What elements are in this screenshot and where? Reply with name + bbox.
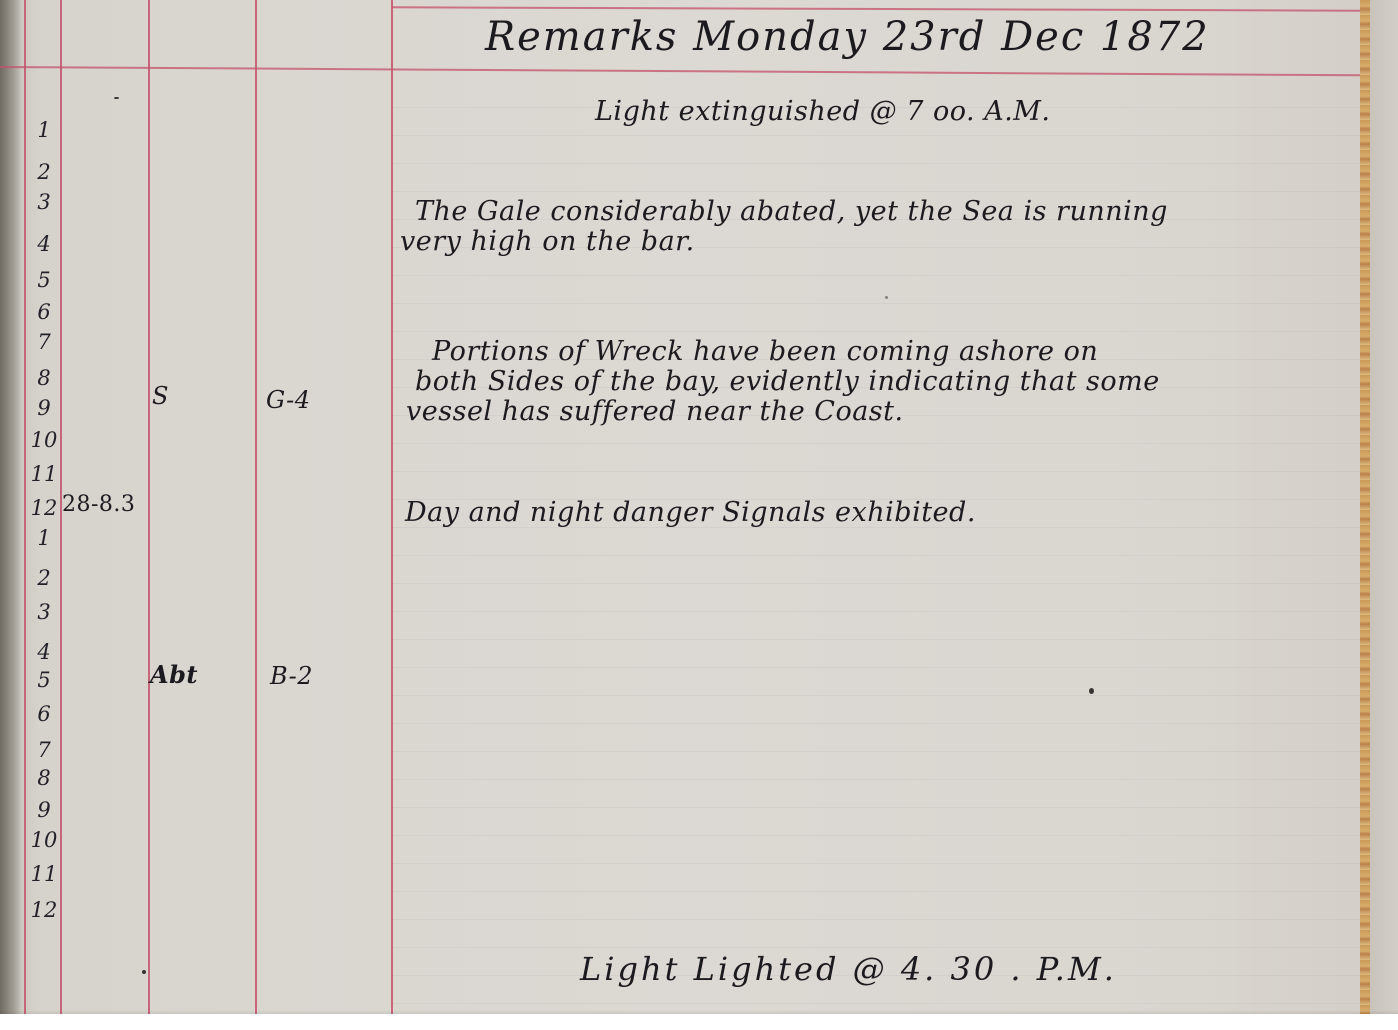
- column-rule-barometer: [148, 0, 150, 1014]
- hour-pm-6: 6: [30, 702, 58, 726]
- column-rule-wind: [255, 0, 257, 1014]
- hour-am-8: 8: [30, 366, 58, 390]
- hour-pm-12: 12: [30, 898, 58, 922]
- header-top-rule: [392, 6, 1360, 11]
- ink-speck: [114, 97, 119, 99]
- adjacent-page-edge: [1370, 0, 1398, 1014]
- hour-am-3: 3: [30, 190, 58, 214]
- book-binding-shadow: [0, 0, 22, 1014]
- remark-wreck-line-3: vessel has suffered near the Coast.: [406, 396, 904, 427]
- remark-gale-line-2: very high on the bar.: [400, 226, 695, 257]
- hour-am-11: 11: [30, 462, 58, 486]
- remark-danger-signals: Day and night danger Signals exhibited.: [405, 497, 976, 528]
- remark-light-lighted: Light Lighted @ 4. 30 . P.M.: [580, 950, 1117, 988]
- log-page: Remarks Monday 23rd Dec 1872 Light extin…: [0, 0, 1398, 1014]
- barometer-reading-noon: 28-8.3: [62, 492, 135, 517]
- hour-am-2: 2: [30, 160, 58, 184]
- hour-pm-1: 1: [30, 526, 58, 550]
- ink-speck: [1089, 688, 1094, 694]
- hour-pm-4: 4: [30, 640, 58, 664]
- hour-pm-7: 7: [30, 738, 58, 762]
- hour-am-9: 9: [30, 396, 58, 420]
- wind-direction-9am: S: [152, 382, 169, 410]
- hour-pm-8: 8: [30, 766, 58, 790]
- hour-am-7: 7: [30, 330, 58, 354]
- hour-am-10: 10: [30, 428, 58, 452]
- hour-pm-11: 11: [30, 862, 58, 886]
- page-title: Remarks Monday 23rd Dec 1872: [485, 14, 1210, 60]
- remark-wreck-line-1: Portions of Wreck have been coming ashor…: [432, 336, 1098, 367]
- column-rule-weather: [391, 0, 393, 1014]
- hour-am-1: 1: [30, 118, 58, 142]
- hour-pm-3: 3: [30, 600, 58, 624]
- gilt-page-edge: [1360, 0, 1370, 1014]
- hour-pm-9: 9: [30, 798, 58, 822]
- weather-code-9am: G-4: [266, 386, 311, 414]
- hour-am-12: 12: [30, 496, 58, 520]
- remark-gale-line-1: The Gale considerably abated, yet the Se…: [415, 196, 1168, 227]
- wind-direction-5pm: Abt: [150, 660, 198, 689]
- hour-am-5: 5: [30, 268, 58, 292]
- hour-am-4: 4: [30, 232, 58, 256]
- remark-light-extinguished: Light extinguished @ 7 oo. A.M.: [595, 96, 1051, 127]
- remark-wreck-line-2: both Sides of the bay, evidently indicat…: [415, 366, 1160, 397]
- hour-pm-2: 2: [30, 566, 58, 590]
- hour-am-6: 6: [30, 300, 58, 324]
- ink-speck: [142, 970, 146, 974]
- header-bottom-rule: [0, 66, 1360, 76]
- weather-code-5pm: B-2: [270, 662, 313, 690]
- ink-speck: [885, 296, 888, 299]
- hour-pm-10: 10: [30, 828, 58, 852]
- column-rule-margin: [24, 0, 26, 1014]
- hour-pm-5: 5: [30, 668, 58, 692]
